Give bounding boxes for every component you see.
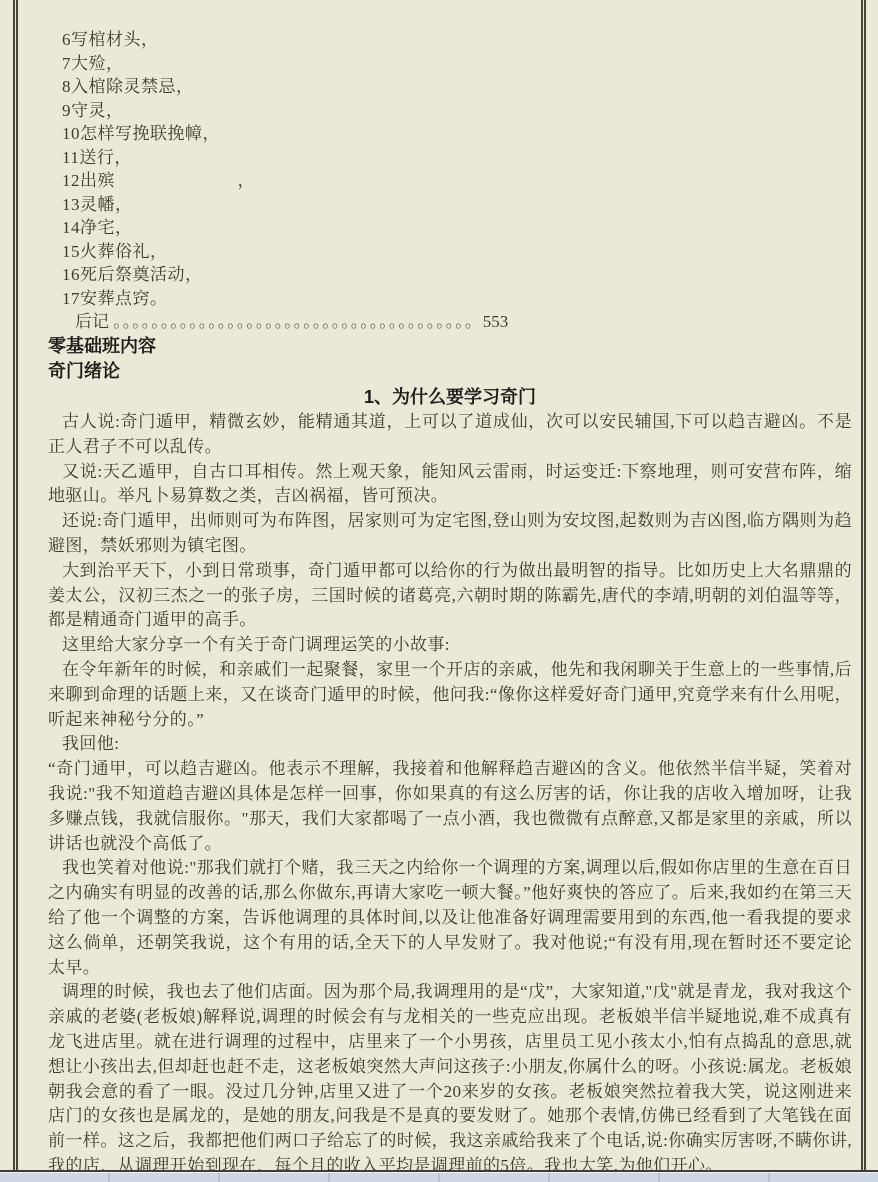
bottom-scroll-strip[interactable] bbox=[0, 1172, 878, 1182]
toc-item: 9守灵， bbox=[48, 99, 852, 123]
paragraph: 古人说:奇门遁甲，精微玄妙，能精通其道，上可以了道成仙，次可以安民辅国,下可以趋… bbox=[48, 410, 852, 460]
toc-item: 14净宅， bbox=[48, 216, 852, 240]
paragraph: 调理的时候，我也去了他们店面。因为那个局,我调理用的是“戊”，大家知道,"戊"就… bbox=[48, 980, 852, 1170]
dot-leader: 。。。。。。。。。。。。。。。。。。。。。。。。。。。。。。。。。。。。。。 bbox=[113, 312, 483, 331]
toc-item: 6写棺材头， bbox=[48, 28, 852, 52]
toc-item: 16死后祭奠活动， bbox=[48, 263, 852, 287]
toc-item: 17安葬点窍。 bbox=[48, 287, 852, 311]
toc-item: 12出殡 ， bbox=[48, 169, 852, 193]
toc-item: 8入棺除灵禁忌， bbox=[48, 75, 852, 99]
postscript-toc-line: 后记 。。。。。。。。。。。。。。。。。。。。。。。。。。。。。。。。。。。。。… bbox=[48, 310, 852, 334]
body-text: 古人说:奇门遁甲，精微玄妙，能精通其道，上可以了道成仙，次可以安民辅国,下可以趋… bbox=[48, 410, 852, 1170]
paragraph: 在令年新年的时候，和亲戚们一起聚餐，家里一个开店的亲戚，他先和我闲聊关于生意上的… bbox=[48, 658, 852, 732]
toc-item: 10怎样写挽联挽幛， bbox=[48, 122, 852, 146]
paragraph: 还说:奇门遁甲，出师则可为布阵图，居家则可为定宅图,登山则为安坟图,起数则为吉凶… bbox=[48, 509, 852, 559]
document-page: 6写棺材头， 7大殓， 8入棺除灵禁忌， 9守灵， 10怎样写挽联挽幛， 11送… bbox=[0, 0, 878, 1182]
toc-item: 13灵幡， bbox=[48, 193, 852, 217]
paragraph: 我回他: bbox=[48, 732, 852, 757]
chapter-heading: 1、为什么要学习奇门 bbox=[48, 384, 852, 410]
postscript-page-number: 553 bbox=[483, 312, 509, 331]
section-title-intro: 奇门绪论 bbox=[48, 359, 852, 384]
postscript-label: 后记 bbox=[75, 312, 113, 331]
paragraph: 这里给大家分享一个有关于奇门调理运笑的小故事: bbox=[48, 633, 852, 658]
paragraph: 大到治平天下，小到日常琐事，奇门遁甲都可以给你的行为做出最明智的指导。比如历史上… bbox=[48, 559, 852, 633]
page-content: 6写棺材头， 7大殓， 8入棺除灵禁忌， 9守灵， 10怎样写挽联挽幛， 11送… bbox=[18, 0, 860, 1170]
section-title-class: 零基础班内容 bbox=[48, 334, 852, 359]
toc-item: 15火葬俗礼， bbox=[48, 240, 852, 264]
toc-list: 6写棺材头， 7大殓， 8入棺除灵禁忌， 9守灵， 10怎样写挽联挽幛， 11送… bbox=[48, 28, 852, 310]
paragraph: 我也笑着对他说:"那我们就打个赌，我三天之内给你一个调理的方案,调理以后,假如你… bbox=[48, 856, 852, 980]
paragraph: “奇门通甲，可以趋吉避凶。他表示不理解，我接着和他解释趋吉避凶的含义。他依然半信… bbox=[48, 757, 852, 856]
paragraph: 又说:天乙遁甲，自古口耳相传。然上观天象，能知风云雷雨，时运变迁:下察地理，则可… bbox=[48, 460, 852, 510]
toc-item: 11送行， bbox=[48, 146, 852, 170]
toc-item: 7大殓， bbox=[48, 52, 852, 76]
